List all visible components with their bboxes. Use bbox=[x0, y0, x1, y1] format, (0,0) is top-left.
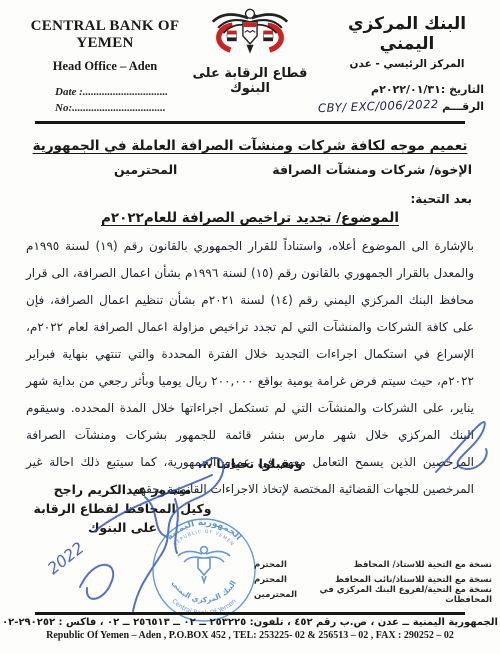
letterhead-arabic: البنك المركزي اليمني المركز الرئيسي - عد… bbox=[322, 14, 492, 70]
ref-line: الرقـــم CBY/ EXC/006/2022 bbox=[318, 98, 484, 115]
signer-name: منصور عبدالكريم راجح bbox=[30, 480, 215, 499]
ref-label: الرقـــم bbox=[442, 100, 484, 113]
yemen-coat-of-arms-icon bbox=[205, 4, 295, 66]
date-field-label: Date :............................... bbox=[55, 84, 168, 100]
footer-address-english: Republic Of Yemen – Aden , P.O.BOX 452 ,… bbox=[0, 630, 500, 641]
cc-list: نسخة مع التحية للاستاذ/ المحافظ المحترم … bbox=[254, 557, 492, 602]
head-office-arabic: المركز الرئيسي - عدن bbox=[322, 58, 492, 70]
cc-text: نسخة مع التحية للاستاذ/نائب المحافظ bbox=[335, 575, 492, 585]
addressee: الإخوة/ شركات ومنشآت الصرافة bbox=[272, 162, 472, 177]
cc-row: نسخة مع التحية/لفروع البنك المركزي في ال… bbox=[254, 587, 492, 602]
cc-row: نسخة مع التحية للاستاذ/ المحافظ المحترم bbox=[254, 557, 492, 572]
cc-text: نسخة مع التحية/لفروع البنك المركزي في ال… bbox=[297, 585, 492, 605]
footer-address-arabic: الجمهورية اليمنية ــ عدن ، ص.ب رقم ٤٥٢ ،… bbox=[0, 617, 500, 628]
letter-page: CENTRAL BANK OF YEMEN Head Office – Aden bbox=[0, 0, 500, 654]
pen-mark-icon bbox=[428, 402, 498, 480]
footer-divider bbox=[35, 612, 465, 615]
closing-line: وتقبلوا تحياتنا ،،، bbox=[0, 456, 500, 471]
flag-stripes-right bbox=[263, 31, 273, 42]
salutation: بعد التحية: bbox=[410, 192, 472, 206]
ref-number-handwritten: CBY/ EXC/006/2022 bbox=[317, 96, 438, 116]
no-field-label: No:.................................. bbox=[55, 100, 168, 116]
date-no-fields: Date :............................... No… bbox=[55, 84, 168, 116]
bank-name-arabic: البنك المركزي اليمني bbox=[322, 14, 492, 54]
bank-name-english: CENTRAL BANK OF YEMEN bbox=[10, 18, 200, 52]
sector-label: قطاع الرقابة على البنوك bbox=[180, 66, 320, 96]
subject-line: الموضوع/ تجديد تراخيص الصرافة للعام٢٠٢٢م bbox=[0, 210, 500, 226]
head-office-english: Head Office – Aden bbox=[10, 59, 200, 74]
addressee-honorific: المحترمين bbox=[114, 162, 177, 177]
cc-honorific: المحترم bbox=[254, 560, 287, 570]
flag-stripes-left bbox=[227, 31, 237, 42]
official-stamp: الجمهورية اليمنية REPUBLIC OF YEMEN البن… bbox=[150, 516, 258, 624]
header-divider bbox=[35, 121, 465, 124]
circular-title: تعميم موجه لكافة شركات ومنشآت الصرافة ال… bbox=[0, 138, 500, 154]
stamp-eagle-icon bbox=[178, 547, 230, 582]
letterhead-english: CENTRAL BANK OF YEMEN Head Office – Aden bbox=[10, 18, 200, 74]
cc-honorific: المحترم bbox=[254, 575, 287, 585]
cc-honorific: المحترمين bbox=[254, 590, 297, 600]
date-value-arabic: التاريخ :٢٠٢٢/٠١/٣١م bbox=[318, 82, 484, 98]
date-ref-arabic: التاريخ :٢٠٢٢/٠١/٣١م الرقـــم CBY/ EXC/0… bbox=[318, 82, 484, 115]
signature-year-note: 2022 bbox=[44, 538, 88, 578]
cc-text: نسخة مع التحية للاستاذ/ المحافظ bbox=[354, 560, 492, 570]
